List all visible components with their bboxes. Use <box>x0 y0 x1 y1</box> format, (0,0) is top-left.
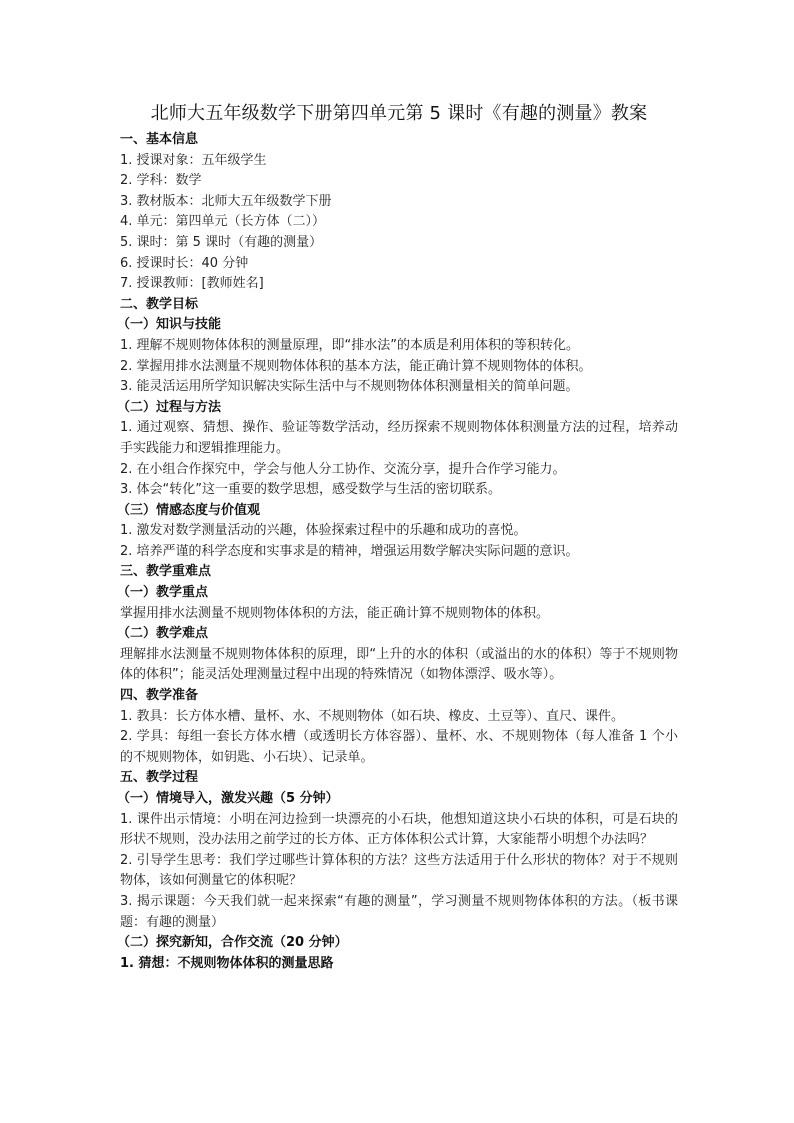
list-item: 2. 掌握用排水法测量不规则物体体积的基本方法，能正确计算不规则物体的体积。 <box>120 357 678 378</box>
paragraph: 理解排水法测量不规则物体体积的原理，即“上升的水的体积（或溢出的水的体积）等于不… <box>120 645 678 686</box>
list-item: 2. 学具：每组一套长方体水槽（或透明长方体容器）、量杯、水、不规则物体（每人准… <box>120 727 678 768</box>
info-item: 2. 学科：数学 <box>120 171 678 192</box>
info-item: 3. 教材版本：北师大五年级数学下册 <box>120 192 678 213</box>
info-item: 6. 授课时长：40 分钟 <box>120 254 678 275</box>
list-item: 3. 能灵活运用所学知识解决实际生活中与不规则物体体积测量相关的简单问题。 <box>120 377 678 398</box>
subsection-heading: （二）探究新知，合作交流（20 分钟） <box>120 933 678 954</box>
info-item: 5. 课时：第 5 课时（有趣的测量） <box>120 233 678 254</box>
list-item: 1. 教具：长方体水槽、量杯、水、不规则物体（如石块、橡皮、土豆等）、直尺、课件… <box>120 707 678 728</box>
list-item: 2. 在小组合作探究中，学会与他人分工协作、交流分享，提升合作学习能力。 <box>120 460 678 481</box>
list-item: 3. 揭示课题：今天我们就一起来探索“有趣的测量”，学习测量不规则物体体积的方法… <box>120 892 678 933</box>
section-heading: 一、基本信息 <box>120 130 678 151</box>
paragraph: 掌握用排水法测量不规则物体体积的方法，能正确计算不规则物体的体积。 <box>120 604 678 625</box>
section-process: 五、教学过程 （一）情境导入，激发兴趣（5 分钟） 1. 课件出示情境：小明在河… <box>120 768 678 974</box>
list-item: 2. 引导学生思考：我们学过哪些计算体积的方法？这些方法适用于什么形状的物体？对… <box>120 851 678 892</box>
subsection-heading: （三）情感态度与价值观 <box>120 501 678 522</box>
section-heading: 二、教学目标 <box>120 295 678 316</box>
subsection-heading: （一）教学重点 <box>120 583 678 604</box>
list-item: 1. 猜想：不规则物体体积的测量思路 <box>120 954 678 975</box>
list-item: 1. 理解不规则物体体积的测量原理，即“排水法”的本质是利用体积的等积转化。 <box>120 336 678 357</box>
section-basic-info: 一、基本信息 1. 授课对象：五年级学生 2. 学科：数学 3. 教材版本：北师… <box>120 130 678 295</box>
subsection-heading: （二）过程与方法 <box>120 398 678 419</box>
subsection-heading: （一）知识与技能 <box>120 315 678 336</box>
list-item: 3. 体会“转化”这一重要的数学思想，感受数学与生活的密切联系。 <box>120 480 678 501</box>
section-key-points: 三、教学重难点 （一）教学重点 掌握用排水法测量不规则物体体积的方法，能正确计算… <box>120 562 678 686</box>
section-heading: 五、教学过程 <box>120 768 678 789</box>
section-preparation: 四、教学准备 1. 教具：长方体水槽、量杯、水、不规则物体（如石块、橡皮、土豆等… <box>120 686 678 768</box>
list-item: 1. 通过观察、猜想、操作、验证等数学活动，经历探索不规则物体体积测量方法的过程… <box>120 418 678 459</box>
list-item: 2. 培养严谨的科学态度和实事求是的精神，增强运用数学解决实际问题的意识。 <box>120 542 678 563</box>
section-heading: 四、教学准备 <box>120 686 678 707</box>
subsection-heading: （二）教学难点 <box>120 624 678 645</box>
list-item: 1. 激发对数学测量活动的兴趣，体验探索过程中的乐趣和成功的喜悦。 <box>120 521 678 542</box>
section-heading: 三、教学重难点 <box>120 562 678 583</box>
info-item: 7. 授课教师：[教师姓名] <box>120 274 678 295</box>
document-title: 北师大五年级数学下册第四单元第 5 课时《有趣的测量》教案 <box>120 100 678 128</box>
list-item: 1. 课件出示情境：小明在河边捡到一块漂亮的小石块，他想知道这块小石块的体积，可… <box>120 810 678 851</box>
section-objectives: 二、教学目标 （一）知识与技能 1. 理解不规则物体体积的测量原理，即“排水法”… <box>120 295 678 563</box>
subsection-heading: （一）情境导入，激发兴趣（5 分钟） <box>120 789 678 810</box>
info-item: 1. 授课对象：五年级学生 <box>120 151 678 172</box>
info-item: 4. 单元：第四单元（长方体（二）） <box>120 212 678 233</box>
document-page: 北师大五年级数学下册第四单元第 5 课时《有趣的测量》教案 一、基本信息 1. … <box>120 100 678 974</box>
